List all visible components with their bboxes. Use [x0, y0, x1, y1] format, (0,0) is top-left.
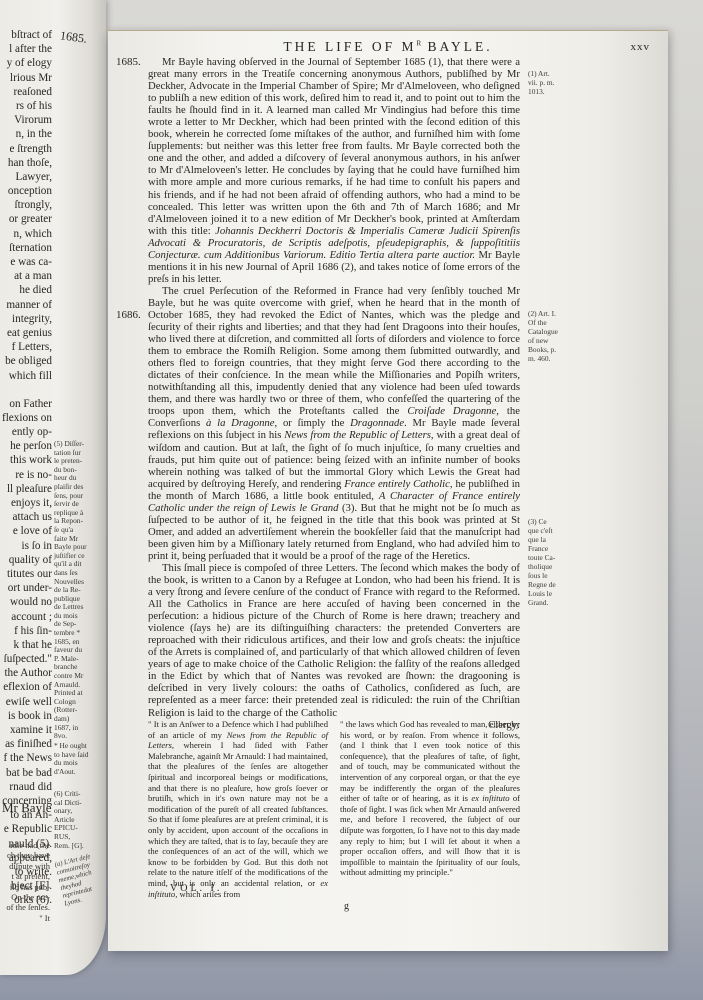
footnote-line: ild has pub-: [0, 882, 50, 892]
left-text-line: eflexion of: [0, 680, 52, 694]
text-run: Mr Bayle having obſerved in the Journal …: [148, 56, 520, 237]
footnote-line: On the pre-: [0, 892, 50, 902]
footnotes: " It is an Anſwer to a Defence which I h…: [148, 719, 520, 899]
left-text-line: account ;: [0, 610, 52, 624]
left-text-line: bat be bad: [0, 766, 52, 780]
margin-note-line: Rem. [G].: [54, 842, 104, 851]
running-head-title: THE LIFE OF M: [283, 39, 416, 54]
left-text-line: bſtract of: [0, 28, 52, 42]
paragraph: This ſmall piece is compoſed of three Le…: [148, 562, 520, 719]
left-text-line: is ſo in: [0, 539, 52, 553]
left-text-line: or greater: [0, 212, 52, 226]
left-text-line: enjoys it,: [0, 496, 52, 510]
footnote-line: " It: [0, 913, 50, 923]
left-text-line: onception: [0, 184, 52, 198]
left-text-line: he perſon: [0, 439, 52, 453]
left-text-line: e love of: [0, 524, 52, 538]
text-run: This ſmall piece is compoſed of three Le…: [148, 562, 520, 719]
footnote-right-column: " the laws which God has revealed to man…: [340, 719, 520, 899]
left-text-line: rs of his: [0, 99, 52, 113]
left-text-line: f the News: [0, 751, 52, 765]
margin-note-line: 8vo.: [54, 732, 104, 741]
left-text-line: ll pleaſure: [0, 482, 52, 496]
left-text-line: attach us: [0, 510, 52, 524]
margin-note-line: Of the: [528, 318, 568, 327]
margin-note-1: (1) Art.vii. p. m.1013.: [528, 69, 568, 96]
margin-note-line: d'Aout.: [54, 768, 104, 777]
left-text-line: Lawyer,: [0, 170, 52, 184]
left-text-line: e ſtrength: [0, 142, 52, 156]
paragraph: Mr Bayle having obſerved in the Journal …: [148, 56, 520, 285]
year-mark-1685: 1685.: [116, 56, 141, 68]
left-text-line: han thoſe,: [0, 156, 52, 170]
main-body-text: Mr Bayle having obſerved in the Journal …: [148, 56, 520, 731]
left-text-line: quality of: [0, 553, 52, 567]
left-text-line: n, which: [0, 227, 52, 241]
margin-note-line: toute Ca-: [528, 553, 568, 562]
margin-note-line: (3) Ce: [528, 517, 568, 526]
margin-note-line: 1013.: [528, 87, 568, 96]
italic-text: Dragonnade: [350, 417, 404, 429]
text-run: , wherein I had ſided with Father Malebr…: [148, 740, 328, 888]
margin-note-line: (2) Art. I.: [528, 309, 568, 318]
margin-note-line: ſous le: [528, 571, 568, 580]
footnote-line: diſpute with: [0, 861, 50, 871]
volume-mark: VOL. I.: [170, 883, 222, 894]
signature-mark: g: [344, 901, 349, 912]
margin-note-line: (1) Art.: [528, 69, 568, 78]
footnote-line: adie had the: [0, 840, 50, 850]
left-text-line: e was ca-: [0, 255, 52, 269]
left-text-line: ently op-: [0, 425, 52, 439]
running-head-tail: BAYLE.: [421, 39, 493, 54]
italic-text: News from the Republic of Letters: [284, 429, 431, 441]
left-text-line: he died: [0, 283, 52, 297]
left-text-line: ewiſe well: [0, 695, 52, 709]
left-text-line: ort under-: [0, 581, 52, 595]
footnote-line: t at preſent,: [0, 871, 50, 881]
left-text-line: l after the: [0, 42, 52, 56]
left-text-line: which fill: [0, 369, 52, 383]
left-margin-note-6: (6) Criti-cal Dicti-onary,ArticleEPICU-R…: [54, 790, 104, 850]
text-run: of thoſe of ſight. I was ſick when Mr Ar…: [340, 793, 520, 877]
left-text-line: manner of: [0, 298, 52, 312]
margin-note-line: France: [528, 544, 568, 553]
margin-note-line: Books, p.: [528, 345, 568, 354]
left-section-heading: Mr Bayle: [2, 800, 51, 816]
margin-note-2: (2) Art. I.Of theCatalogueof newBooks, p…: [528, 309, 568, 363]
margin-note-3: (3) Ceque c'eſtque laFrancetoute Ca-thol…: [528, 517, 568, 607]
left-text-line: ſuſpected.": [0, 652, 52, 666]
text-run: " the laws which God has revealed to man…: [340, 719, 520, 803]
left-text-line: k that he: [0, 638, 52, 652]
left-text-line: f Letters,: [0, 340, 52, 354]
margin-note-line: que la: [528, 535, 568, 544]
right-page: THE LIFE OF MR BAYLE. xxv 1685. 1686. Mr…: [108, 30, 668, 951]
margin-note-line: Louis le: [528, 589, 568, 598]
left-text-line: is book in: [0, 709, 52, 723]
footnote-line: ch they have: [0, 850, 50, 860]
left-text-line: y of elogy: [0, 56, 52, 70]
left-year-mark: 1685.: [59, 28, 88, 47]
page-number: xxv: [631, 41, 651, 53]
left-text-line: e Republic: [0, 822, 52, 836]
left-text-line: n, in the: [0, 127, 52, 141]
margin-note-line: Regne de: [528, 580, 568, 589]
left-text-line: be obliged: [0, 354, 52, 368]
left-text-line: re is no-: [0, 468, 52, 482]
italic-text: à la Dragonne: [206, 417, 275, 429]
left-text-line: lrious Mr: [0, 71, 52, 85]
left-text-line: flexions on: [0, 411, 52, 425]
left-text-line: on Father: [0, 397, 52, 411]
left-text-line: ſtrongly,: [0, 198, 52, 212]
footnote-line: of the ſenſes.: [0, 902, 50, 912]
running-head: THE LIFE OF MR BAYLE.: [108, 39, 668, 55]
left-text-line: [0, 383, 52, 397]
left-text-line: rnaud did: [0, 780, 52, 794]
left-text-line: as finiſhed: [0, 737, 52, 751]
text-run: The cruel Perſecution of the Reformed in…: [148, 285, 520, 417]
margin-note-line: vii. p. m.: [528, 78, 568, 87]
year-mark-1686: 1686.: [116, 309, 141, 321]
left-text-line: titutes our: [0, 567, 52, 581]
left-text-line: this work: [0, 453, 52, 467]
left-text-line: at a man: [0, 269, 52, 283]
left-page-text-column: bſtract ofl after they of elogylrious Mr…: [0, 28, 52, 907]
margin-note-line: que c'eſt: [528, 526, 568, 535]
left-text-line: integrity,: [0, 312, 52, 326]
left-bottom-margin-note: (a) L'Art deſe connoitreſoy meme,which t…: [54, 851, 106, 909]
margin-note-line: m. 460.: [528, 354, 568, 363]
left-page: bſtract ofl after they of elogylrious Mr…: [0, 0, 106, 975]
left-text-line: eat genius: [0, 326, 52, 340]
left-text-line: reaſoned: [0, 85, 52, 99]
italic-text: ex inſtituto: [471, 793, 509, 803]
left-text-line: the Author: [0, 666, 52, 680]
footnote-left-column: " It is an Anſwer to a Defence which I h…: [148, 719, 328, 899]
margin-note-line: Catalogue: [528, 327, 568, 336]
left-text-line: f his ſin-: [0, 624, 52, 638]
left-footnote-fragment: adie had thech they havediſpute witht at…: [0, 840, 50, 923]
italic-text: Croiſade Dragonne: [407, 405, 496, 417]
left-margin-star-note: * He oughtto have ſaiddu moisd'Aout.: [54, 742, 104, 776]
left-text-line: ſternation: [0, 241, 52, 255]
margin-note-line: tholique: [528, 562, 568, 571]
margin-note-line: of new: [528, 336, 568, 345]
margin-note-line: Grand.: [528, 598, 568, 607]
italic-text: France entirely Catholic: [344, 478, 450, 490]
paragraph: The cruel Perſecution of the Reformed in…: [148, 285, 520, 562]
left-text-line: xamine it: [0, 723, 52, 737]
left-margin-note-5: (5) Diſſer-tation ſurle preten-du bon-he…: [54, 440, 104, 741]
left-text-line: would no: [0, 595, 52, 609]
text-run: , or ſimply the: [275, 417, 351, 429]
left-text-line: Virorum: [0, 113, 52, 127]
